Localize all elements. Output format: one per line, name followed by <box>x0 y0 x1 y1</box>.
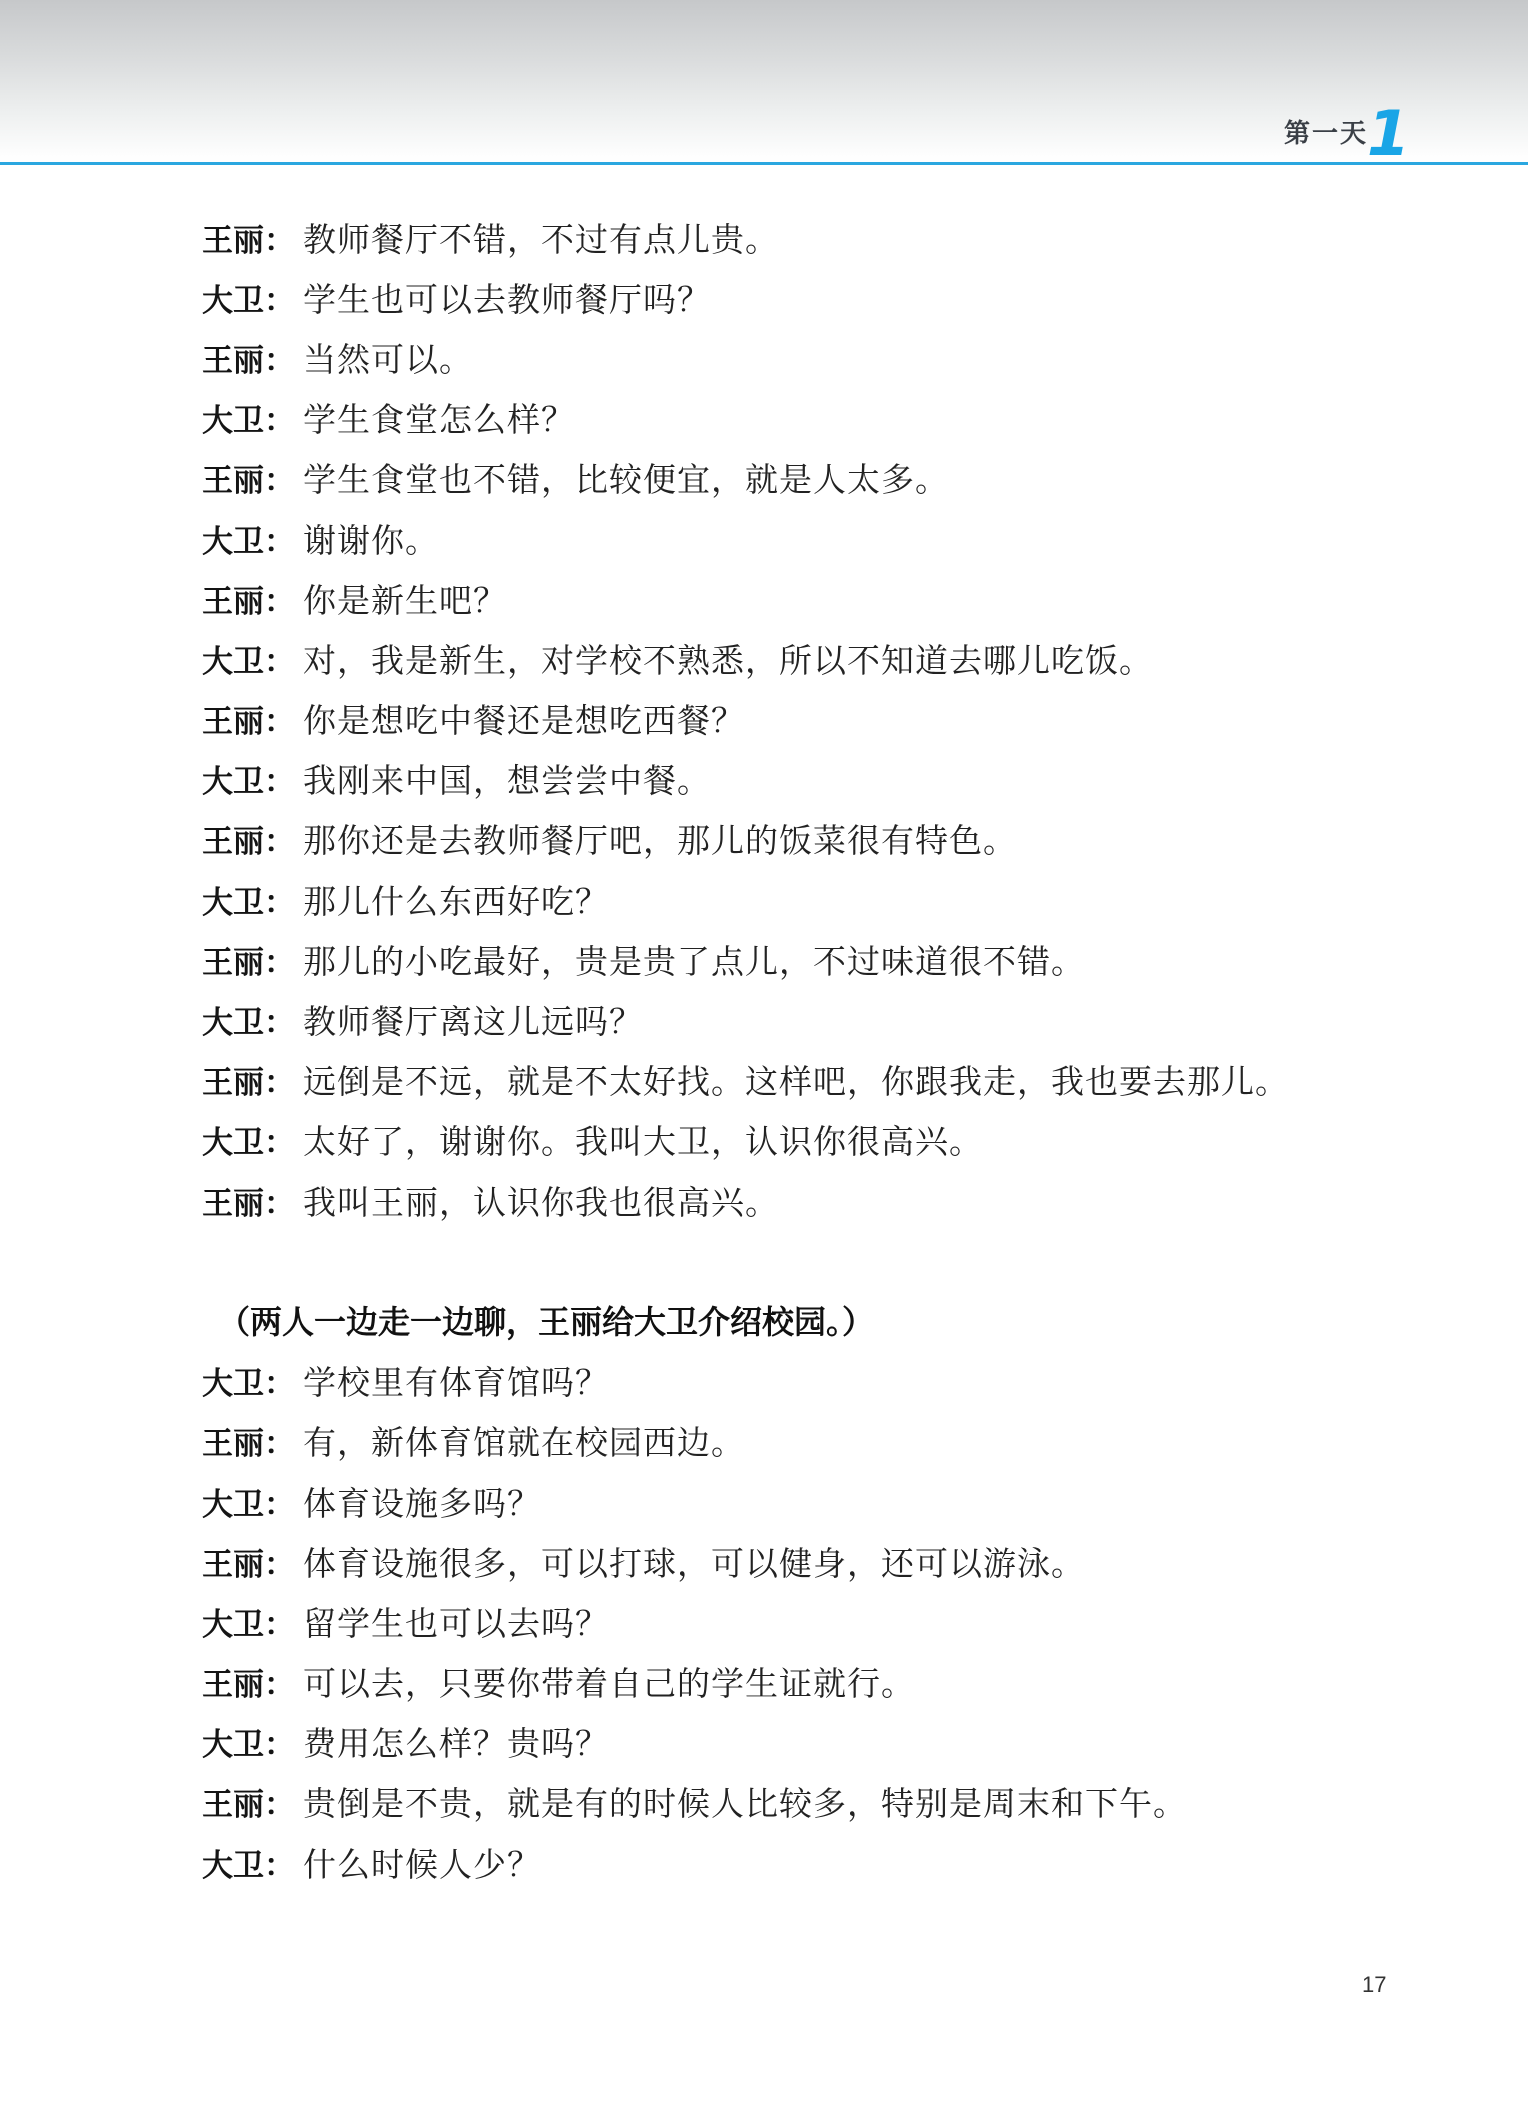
stage-direction: （两人一边走一边聊，王丽给大卫介绍校园。） <box>218 1290 1382 1350</box>
dialogue-part-2: 大卫：学校里有体育馆吗？王丽：有，新体育馆就在校园西边。大卫：体育设施多吗？王丽… <box>202 1351 1382 1893</box>
utterance-text: 留学生也可以去吗？ <box>303 1598 609 1645</box>
speaker-name: 大卫： <box>202 1719 295 1764</box>
utterance-text: 那你还是去教师餐厅吧，那儿的饭菜很有特色。 <box>303 815 1017 862</box>
dialogue-line: 大卫：留学生也可以去吗？ <box>202 1591 1382 1651</box>
utterance-text: 什么时候人少？ <box>303 1839 541 1886</box>
utterance-text: 学生也可以去教师餐厅吗？ <box>303 274 711 321</box>
utterance-text: 我刚来中国，想尝尝中餐。 <box>303 755 711 802</box>
utterance-text: 远倒是不远，就是不太好找。这样吧，你跟我走，我也要去那儿。 <box>303 1056 1289 1103</box>
utterance-text: 当然可以。 <box>303 334 473 381</box>
blank-line-spacer <box>202 1230 1382 1290</box>
dialogue-line: 王丽：你是新生吧？ <box>202 568 1382 628</box>
speaker-name: 大卫： <box>202 516 295 561</box>
speaker-name: 大卫： <box>202 636 295 681</box>
dialogue-area: 王丽：教师餐厅不错，不过有点儿贵。大卫：学生也可以去教师餐厅吗？王丽：当然可以。… <box>202 207 1382 1892</box>
dialogue-line: 大卫：学生食堂怎么样？ <box>202 388 1382 448</box>
speaker-name: 大卫： <box>202 275 295 320</box>
speaker-name: 王丽： <box>202 576 295 621</box>
utterance-text: 有，新体育馆就在校园西边。 <box>303 1417 745 1464</box>
dialogue-line: 大卫：谢谢你。 <box>202 508 1382 568</box>
speaker-name: 王丽： <box>202 1539 295 1584</box>
dialogue-line: 王丽：我叫王丽，认识你我也很高兴。 <box>202 1170 1382 1230</box>
dialogue-line: 大卫：体育设施多吗？ <box>202 1471 1382 1531</box>
utterance-text: 费用怎么样？贵吗？ <box>303 1718 609 1765</box>
speaker-name: 大卫： <box>202 1117 295 1162</box>
speaker-name: 王丽： <box>202 696 295 741</box>
dialogue-line: 王丽：教师餐厅不错，不过有点儿贵。 <box>202 207 1382 267</box>
utterance-text: 太好了，谢谢你。我叫大卫，认识你很高兴。 <box>303 1116 983 1163</box>
utterance-text: 那儿什么东西好吃？ <box>303 876 609 923</box>
speaker-name: 王丽： <box>202 1779 295 1824</box>
speaker-name: 大卫： <box>202 1599 295 1644</box>
utterance-text: 体育设施多吗？ <box>303 1478 541 1525</box>
speaker-name: 王丽： <box>202 937 295 982</box>
dialogue-line: 大卫：费用怎么样？贵吗？ <box>202 1712 1382 1772</box>
dialogue-line: 大卫：我刚来中国，想尝尝中餐。 <box>202 749 1382 809</box>
dialogue-line: 大卫：学生也可以去教师餐厅吗？ <box>202 267 1382 327</box>
utterance-text: 学生食堂怎么样？ <box>303 394 575 441</box>
utterance-text: 教师餐厅不错，不过有点儿贵。 <box>303 214 779 261</box>
dialogue-line: 大卫：教师餐厅离这儿远吗？ <box>202 989 1382 1049</box>
speaker-name: 王丽： <box>202 816 295 861</box>
utterance-text: 我叫王丽，认识你我也很高兴。 <box>303 1177 779 1224</box>
dialogue-line: 王丽：贵倒是不贵，就是有的时候人比较多，特别是周末和下午。 <box>202 1772 1382 1832</box>
dialogue-line: 王丽：体育设施很多，可以打球，可以健身，还可以游泳。 <box>202 1531 1382 1591</box>
dialogue-line: 大卫：对，我是新生，对学校不熟悉，所以不知道去哪儿吃饭。 <box>202 628 1382 688</box>
utterance-text: 学校里有体育馆吗？ <box>303 1357 609 1404</box>
speaker-name: 大卫： <box>202 1840 295 1885</box>
page-header: 第一天 1 <box>0 0 1528 165</box>
utterance-text: 学生食堂也不错，比较便宜，就是人太多。 <box>303 454 949 501</box>
utterance-text: 体育设施很多，可以打球，可以健身，还可以游泳。 <box>303 1538 1085 1585</box>
speaker-name: 大卫： <box>202 756 295 801</box>
dialogue-line: 王丽：那儿的小吃最好，贵是贵了点儿，不过味道很不错。 <box>202 929 1382 989</box>
dialogue-line: 王丽：那你还是去教师餐厅吧，那儿的饭菜很有特色。 <box>202 809 1382 869</box>
dialogue-line: 大卫：学校里有体育馆吗？ <box>202 1351 1382 1411</box>
utterance-text: 那儿的小吃最好，贵是贵了点儿，不过味道很不错。 <box>303 936 1085 983</box>
speaker-name: 王丽： <box>202 1659 295 1704</box>
chapter-label: 第一天 <box>1284 113 1368 150</box>
speaker-name: 王丽： <box>202 1418 295 1463</box>
dialogue-line: 王丽：当然可以。 <box>202 327 1382 387</box>
speaker-name: 王丽： <box>202 1178 295 1223</box>
speaker-name: 王丽： <box>202 335 295 380</box>
chapter-number: 1 <box>1367 106 1410 162</box>
utterance-text: 谢谢你。 <box>303 515 439 562</box>
speaker-name: 大卫： <box>202 395 295 440</box>
speaker-name: 王丽： <box>202 455 295 500</box>
dialogue-line: 大卫：那儿什么东西好吃？ <box>202 869 1382 929</box>
dialogue-part-1: 王丽：教师餐厅不错，不过有点儿贵。大卫：学生也可以去教师餐厅吗？王丽：当然可以。… <box>202 207 1382 1230</box>
dialogue-line: 王丽：可以去，只要你带着自己的学生证就行。 <box>202 1652 1382 1712</box>
page-number: 17 <box>1362 1972 1386 1998</box>
dialogue-line: 大卫：太好了，谢谢你。我叫大卫，认识你很高兴。 <box>202 1110 1382 1170</box>
utterance-text: 你是新生吧？ <box>303 575 507 622</box>
dialogue-line: 王丽：有，新体育馆就在校园西边。 <box>202 1411 1382 1471</box>
dialogue-line: 王丽：学生食堂也不错，比较便宜，就是人太多。 <box>202 448 1382 508</box>
speaker-name: 大卫： <box>202 1358 295 1403</box>
utterance-text: 教师餐厅离这儿远吗？ <box>303 996 643 1043</box>
dialogue-line: 大卫：什么时候人少？ <box>202 1832 1382 1892</box>
utterance-text: 可以去，只要你带着自己的学生证就行。 <box>303 1658 915 1705</box>
speaker-name: 大卫： <box>202 877 295 922</box>
dialogue-line: 王丽：远倒是不远，就是不太好找。这样吧，你跟我走，我也要去那儿。 <box>202 1050 1382 1110</box>
utterance-text: 贵倒是不贵，就是有的时候人比较多，特别是周末和下午。 <box>303 1778 1187 1825</box>
dialogue-line: 王丽：你是想吃中餐还是想吃西餐？ <box>202 689 1382 749</box>
utterance-text: 对，我是新生，对学校不熟悉，所以不知道去哪儿吃饭。 <box>303 635 1153 682</box>
utterance-text: 你是想吃中餐还是想吃西餐？ <box>303 695 745 742</box>
speaker-name: 王丽： <box>202 1057 295 1102</box>
speaker-name: 大卫： <box>202 1479 295 1524</box>
speaker-name: 王丽： <box>202 215 295 260</box>
speaker-name: 大卫： <box>202 997 295 1042</box>
